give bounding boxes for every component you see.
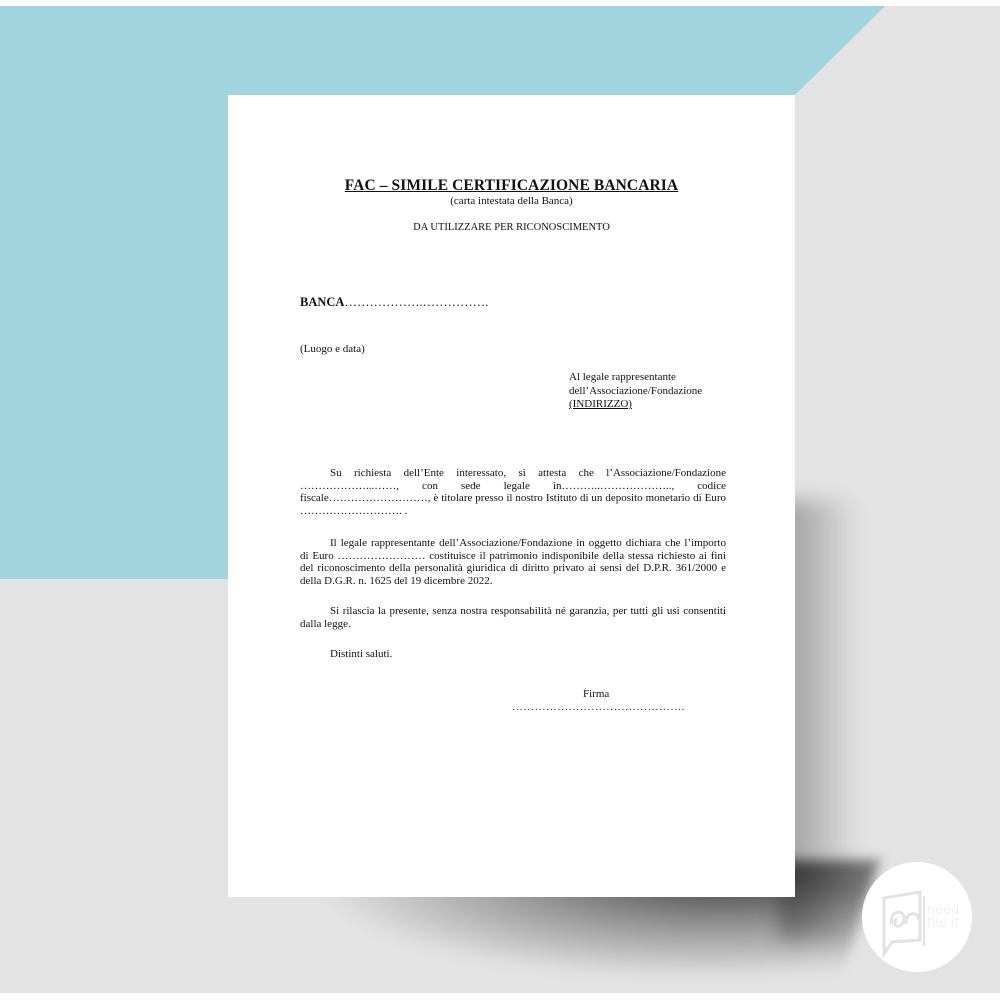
- document-title: FAC – SIMILE CERTIFICAZIONE BANCARIA: [228, 177, 795, 195]
- closing-greeting: Distinti saluti.: [300, 648, 726, 661]
- document-subtitle: (carta intestata della Banca): [228, 195, 795, 207]
- recipient-block: Al legale rappresentante dell’Associazio…: [569, 371, 702, 412]
- signature-line: ……………………………………….: [512, 701, 685, 713]
- recipient-line1: Al legale rappresentante: [569, 371, 702, 385]
- logo-text: need file.it: [927, 904, 960, 930]
- signature-label: Firma: [583, 688, 609, 700]
- document-page: FAC – SIMILE CERTIFICAZIONE BANCARIA (ca…: [228, 95, 795, 897]
- paragraph-disclaimer: Si rilascia la presente, senza nostra re…: [300, 605, 726, 630]
- paragraph-declaration: Il legale rappresentante dell’Associazio…: [300, 537, 726, 587]
- bank-label: BANCA: [300, 295, 344, 309]
- bank-placeholder: ……………….…………….: [344, 295, 488, 309]
- bank-field: BANCA……………….…………….: [300, 295, 488, 310]
- paragraph-attestation: Su richiesta dell’Ente interessato, si a…: [300, 467, 726, 517]
- recipient-address: (INDIRIZZO): [569, 398, 702, 412]
- recipient-line2: dell’Associazione/Fondazione: [569, 385, 702, 399]
- usage-note: DA UTILIZZARE PER RICONOSCIMENTO: [228, 222, 795, 233]
- place-date: (Luogo e data): [300, 343, 365, 355]
- needfile-logo: need file.it: [862, 862, 972, 972]
- logo-text-line2: file.it: [927, 917, 960, 930]
